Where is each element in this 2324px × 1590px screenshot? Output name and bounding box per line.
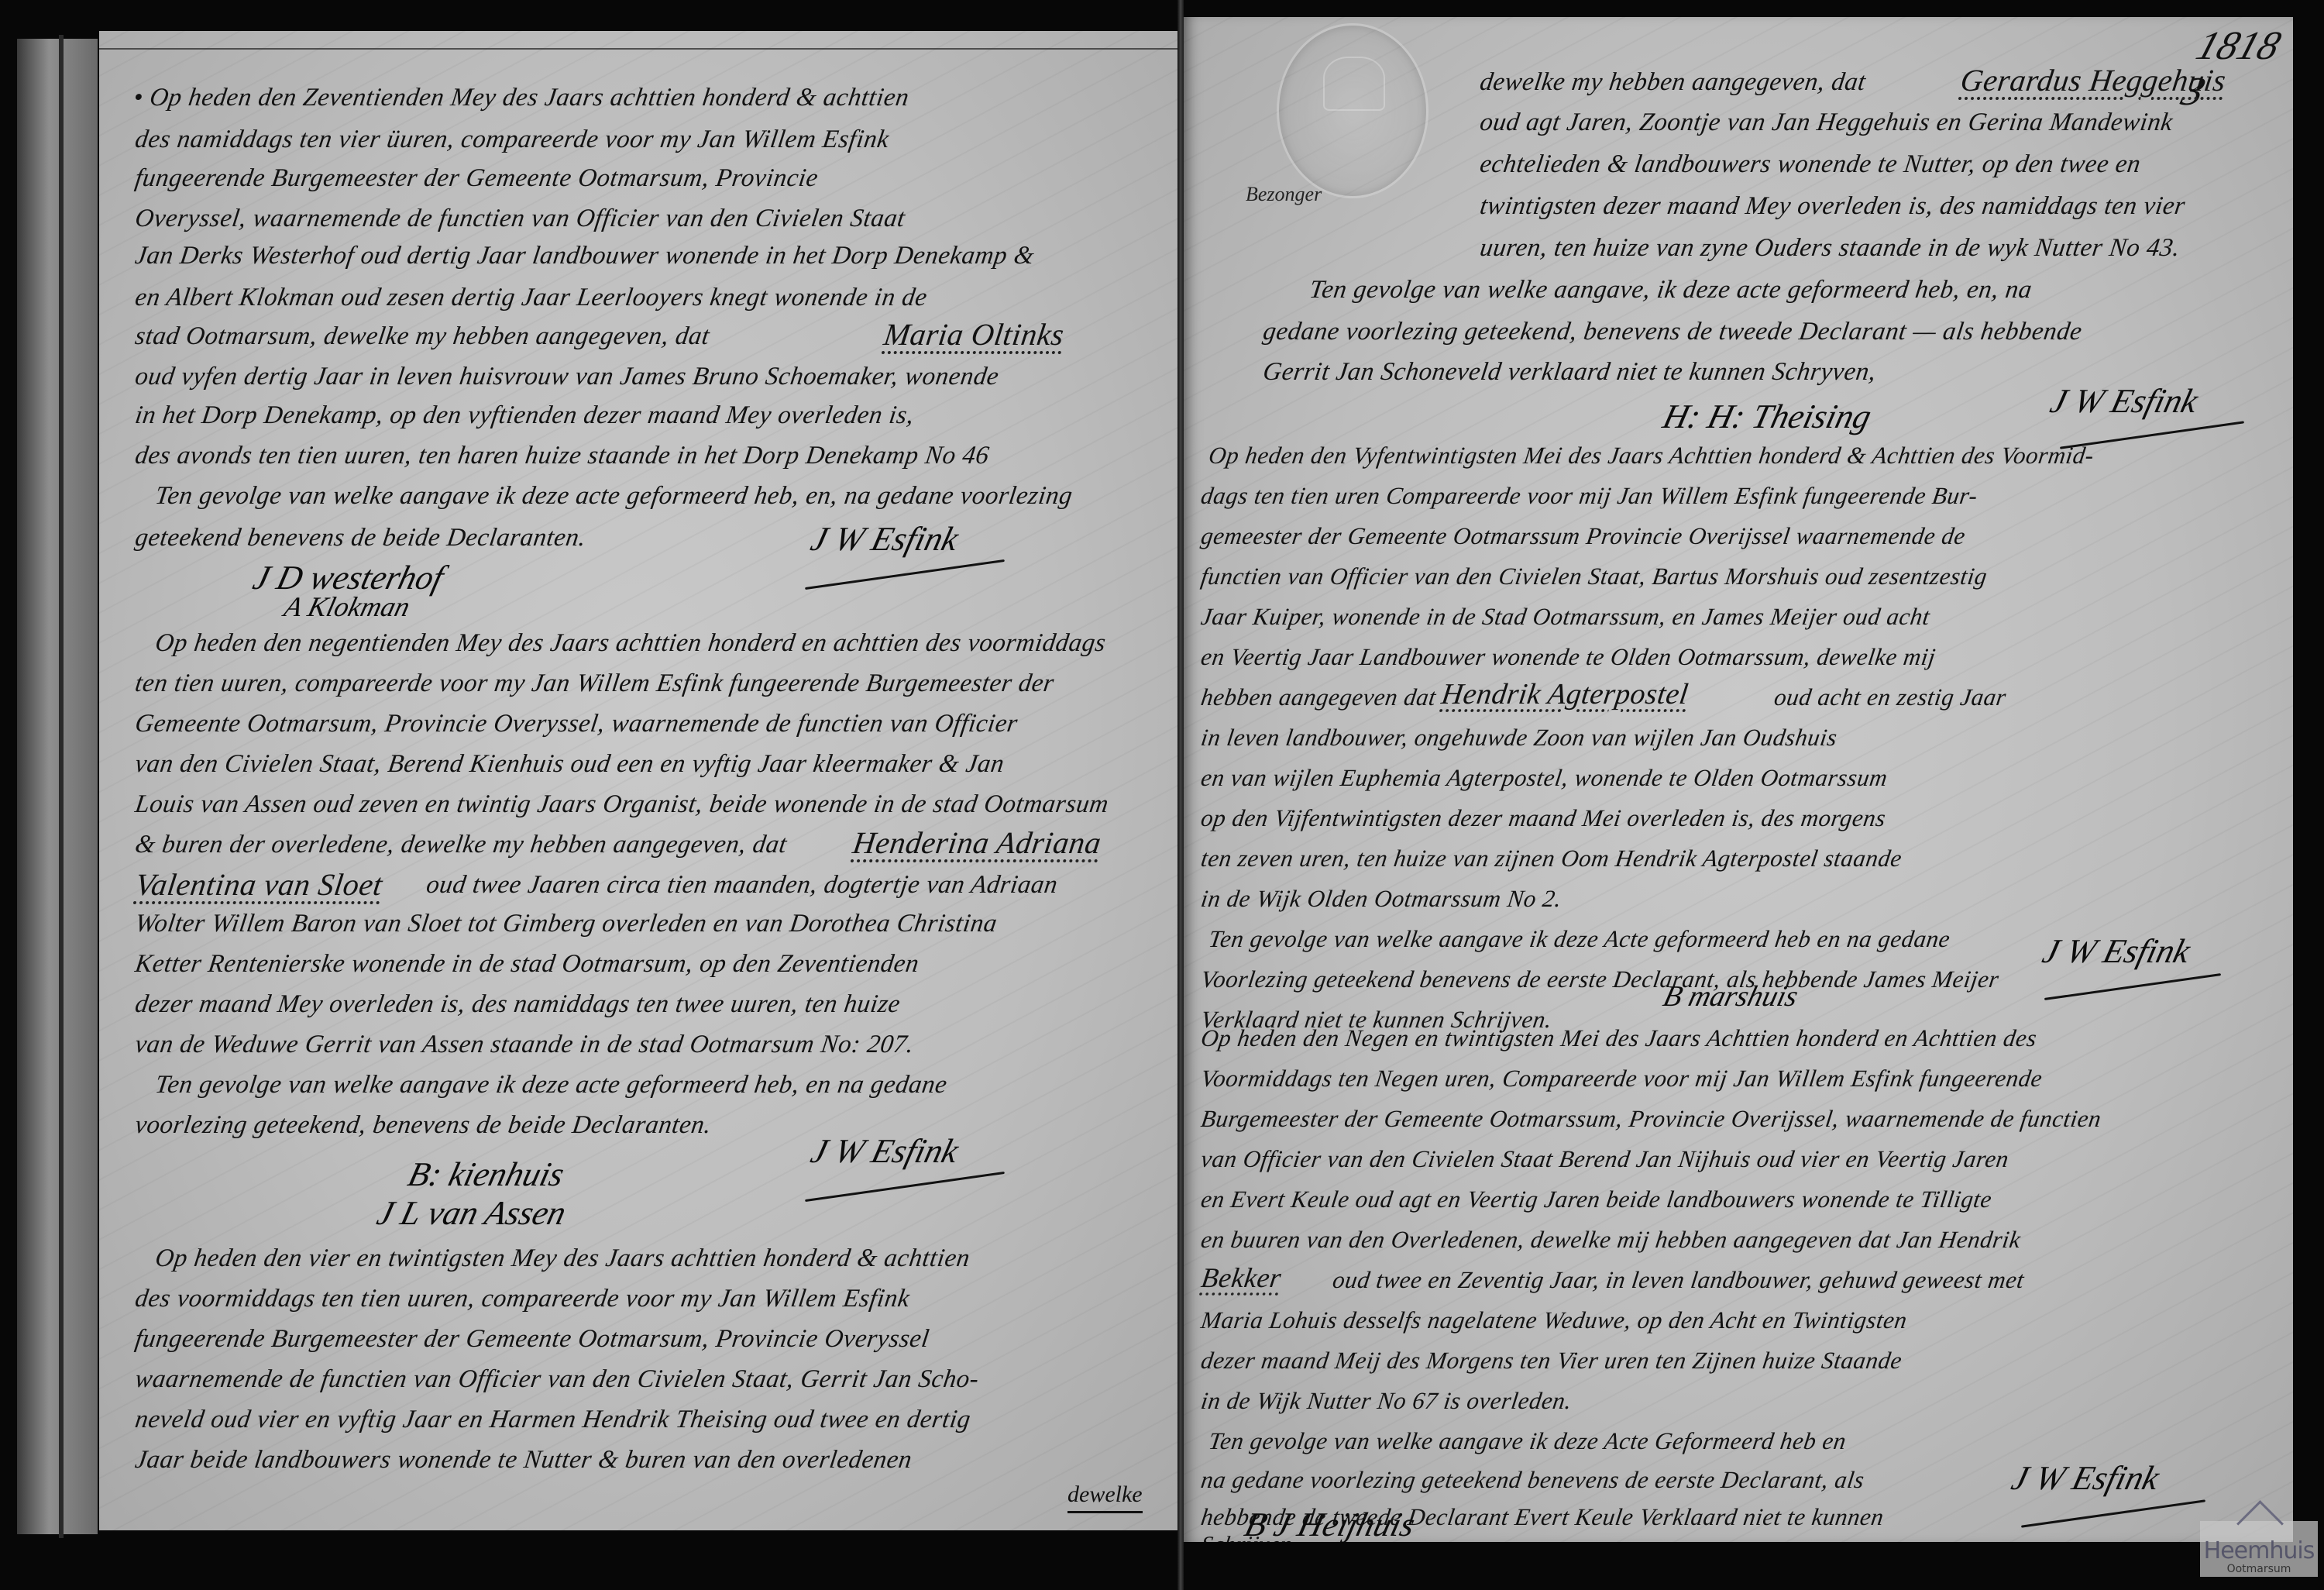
text-line: dags ten tien uren Compareerde voor mij … (1199, 482, 1979, 510)
text-line: ten tien uuren, compareerde voor my Jan … (133, 669, 1056, 698)
text-line: Op heden den Negen en twintigsten Mei de… (1199, 1024, 2039, 1052)
signature-flourish (2044, 973, 2221, 1000)
text-line: Voorlezing geteekend benevens de eerste … (1199, 965, 2001, 993)
deceased-name: Valentina van Sloet (133, 866, 385, 903)
text-line: na gedane voorlezing geteekend benevens … (1199, 1466, 1866, 1494)
text-line: en Albert Klokman oud zesen dertig Jaar … (133, 284, 929, 312)
text-line: Overyssel, waarnemende de functien van O… (133, 205, 907, 233)
text-line: Ten gevolge van welke aangave, ik deze a… (1308, 276, 2033, 305)
left-page: • Op heden den Zeventienden Mey des Jaar… (99, 31, 1181, 1530)
text-line: van Officier van den Civielen Staat Bere… (1199, 1145, 2010, 1173)
signature-registrar: J W Esfink (2047, 381, 2202, 421)
signature-witness: B J Heijhuis (1241, 1505, 1419, 1542)
book-gutter (1177, 0, 1184, 1590)
text-line: in de Wijk Olden Ootmarssum No 2. (1199, 885, 1563, 913)
text-line: oud twee en Zeventig Jaar, in leven land… (1331, 1266, 2026, 1294)
text-line: in de Wijk Nutter No 67 is overleden. (1199, 1387, 1573, 1415)
margin-note: Bezonger (1246, 183, 1322, 206)
text-line: Ten gevolge van welke aangave ik deze ac… (153, 1071, 949, 1100)
watermark-subtitle: Ootmarsum (2200, 1563, 2318, 1575)
signature-witness: B: kienhuis (404, 1155, 569, 1194)
text-line: fungeerende Burgemeester der Gemeente Oo… (133, 164, 820, 193)
text-line: gedane voorlezing geteekend, benevens de… (1261, 318, 2084, 346)
signature-witness: J L van Assen (373, 1193, 570, 1233)
text-line: uuren, ten huize van zyne Ouders staande… (1478, 234, 2182, 263)
text-line: en Evert Keule oud agt en Veertig Jaren … (1199, 1186, 1994, 1213)
deceased-name: Bekker (1199, 1261, 1284, 1294)
text-line: hebben aangegeven dat (1199, 683, 1438, 711)
text-line: Wolter Willem Baron van Sloet tot Gimber… (133, 910, 999, 938)
text-line: dezer maand Mey overleden is, des namidd… (133, 990, 902, 1019)
text-line: des avonds ten tien uuren, ten haren hui… (133, 442, 991, 470)
text-line: en Veertig Jaar Landbouwer wonende te Ol… (1199, 643, 1937, 671)
text-line: oud agt Jaren, Zoontje van Jan Heggehuis… (1478, 108, 2174, 137)
top-rule (99, 48, 1181, 50)
signature-witness: H: H: Theising (1659, 397, 1875, 436)
text-line: ten zeven uren, ten huize van zijnen Oom… (1199, 845, 1903, 872)
signature-registrar: J W Esfink (2008, 1458, 2164, 1498)
text-line: in leven landbouwer, ongehuwde Zoon van … (1199, 724, 1839, 752)
page-edge-line (59, 35, 64, 1538)
text-line: Ketter Rentenierske wonende in de stad O… (133, 950, 921, 979)
text-line: stad Ootmarsum, dewelke my hebben aangeg… (133, 322, 711, 351)
text-line: Op heden den Vyfentwintigsten Mei des Ja… (1207, 442, 2095, 470)
deceased-name: Henderina Adriana (851, 824, 1104, 861)
text-line: Burgemeester der Gemeente Ootmarssum, Pr… (1199, 1105, 2103, 1133)
text-line: Gemeente Ootmarsum, Provincie Overyssel,… (133, 710, 1019, 738)
text-line: Ten gevolge van welke aangave ik deze Ac… (1207, 925, 1952, 953)
text-line: waarnemende de functien van Officier van… (133, 1365, 981, 1394)
text-line: van den Civielen Staat, Berend Kienhuis … (133, 750, 1006, 779)
text-line: van de Weduwe Gerrit van Assen staande i… (133, 1031, 916, 1059)
signature-registrar: J W Esfink (807, 1131, 963, 1171)
text-line: Ten gevolge van welke aangave ik deze Ac… (1207, 1427, 1848, 1455)
signature-flourish (805, 1172, 1005, 1202)
text-line: voorlezing geteekend, benevens de beide … (133, 1111, 713, 1140)
text-line: dezer maand Meij des Morgens ten Vier ur… (1199, 1347, 1904, 1375)
text-line: echtelieden & landbouwers wonende te Nut… (1478, 150, 2143, 179)
text-line: functien van Officier van den Civielen S… (1199, 563, 1989, 590)
text-line: fungeerende Burgemeester der Gemeente Oo… (133, 1325, 931, 1354)
text-line: Jan Derks Westerhof oud dertig Jaar land… (133, 242, 1037, 270)
text-line: op den Vijfentwintigsten dezer maand Mei… (1199, 804, 1888, 832)
text-line: oud acht en zestig Jaar (1772, 683, 2008, 711)
catch-word: dewelke (1067, 1482, 1143, 1513)
text-line: • Op heden den Zeventienden Mey des Jaar… (132, 84, 911, 112)
signature-registrar: J W Esfink (2039, 931, 2195, 971)
signature-witness: A Klokman (281, 590, 414, 623)
text-line: des namiddags ten vier üuren, compareerd… (133, 126, 891, 154)
watermark-title: Heemhuis (2200, 1540, 2318, 1563)
text-line: Voormiddags ten Negen uren, Compareerde … (1199, 1065, 2044, 1093)
signature-witness: B marshuis (1660, 979, 1802, 1014)
deceased-name: Gerardus Heggehuis (1958, 62, 2229, 98)
signature-flourish (2021, 1499, 2205, 1527)
text-line: Louis van Assen oud zeven en twintig Jaa… (133, 790, 1110, 819)
text-line: en van wijlen Euphemia Agterpostel, wone… (1199, 764, 1889, 792)
text-line: Jaar Kuiper, wonende in de Stad Ootmarss… (1199, 603, 1932, 631)
watermark-logo: Heemhuis Ootmarsum (2200, 1521, 2318, 1577)
text-line: & buren der overledene, dewelke my hebbe… (133, 831, 789, 859)
right-page: 1818 3 Bezonger dewelke my hebben aangeg… (1184, 17, 2293, 1542)
text-line: gemeester der Gemeente Ootmarssum Provin… (1199, 522, 1967, 550)
text-line: Op heden den vier en twintigsten Mey des… (153, 1244, 971, 1273)
page-edges (17, 39, 98, 1534)
signature-flourish (805, 559, 1005, 590)
text-line: geteekend benevens de beide Declaranten. (133, 524, 588, 552)
deceased-name: Maria Oltinks (882, 316, 1067, 353)
text-line: dewelke my hebben aangegeven, dat (1478, 68, 1868, 97)
text-line: twintigsten dezer maand Mey overleden is… (1478, 192, 2187, 221)
text-line: Maria Lohuis desselfs nagelatene Weduwe,… (1199, 1306, 1909, 1334)
text-line: oud vyfen dertig Jaar in leven huisvrouw… (133, 363, 1001, 391)
embossed-seal (1277, 23, 1428, 198)
text-line: Op heden den negentienden Mey des Jaars … (153, 629, 1108, 658)
signature-registrar: J W Esfink (807, 519, 963, 559)
text-line: neveld oud vier en vyftig Jaar en Harmen… (133, 1406, 972, 1434)
text-line: in het Dorp Denekamp, op den vyftienden … (133, 401, 916, 430)
text-line: en buuren van den Overledenen, dewelke m… (1199, 1226, 2023, 1254)
deceased-name: Hendrik Agterpostel (1439, 677, 1690, 711)
text-line: oud twee Jaaren circa tien maanden, dogt… (425, 871, 1060, 900)
text-line: Jaar beide landbouwers wonende te Nutter… (133, 1446, 914, 1475)
text-line: des voormiddags ten tien uuren, comparee… (133, 1285, 912, 1313)
text-line: Ten gevolge van welke aangave ik deze ac… (153, 482, 1074, 511)
text-line: Gerrit Jan Schoneveld verklaard niet te … (1261, 358, 1878, 387)
